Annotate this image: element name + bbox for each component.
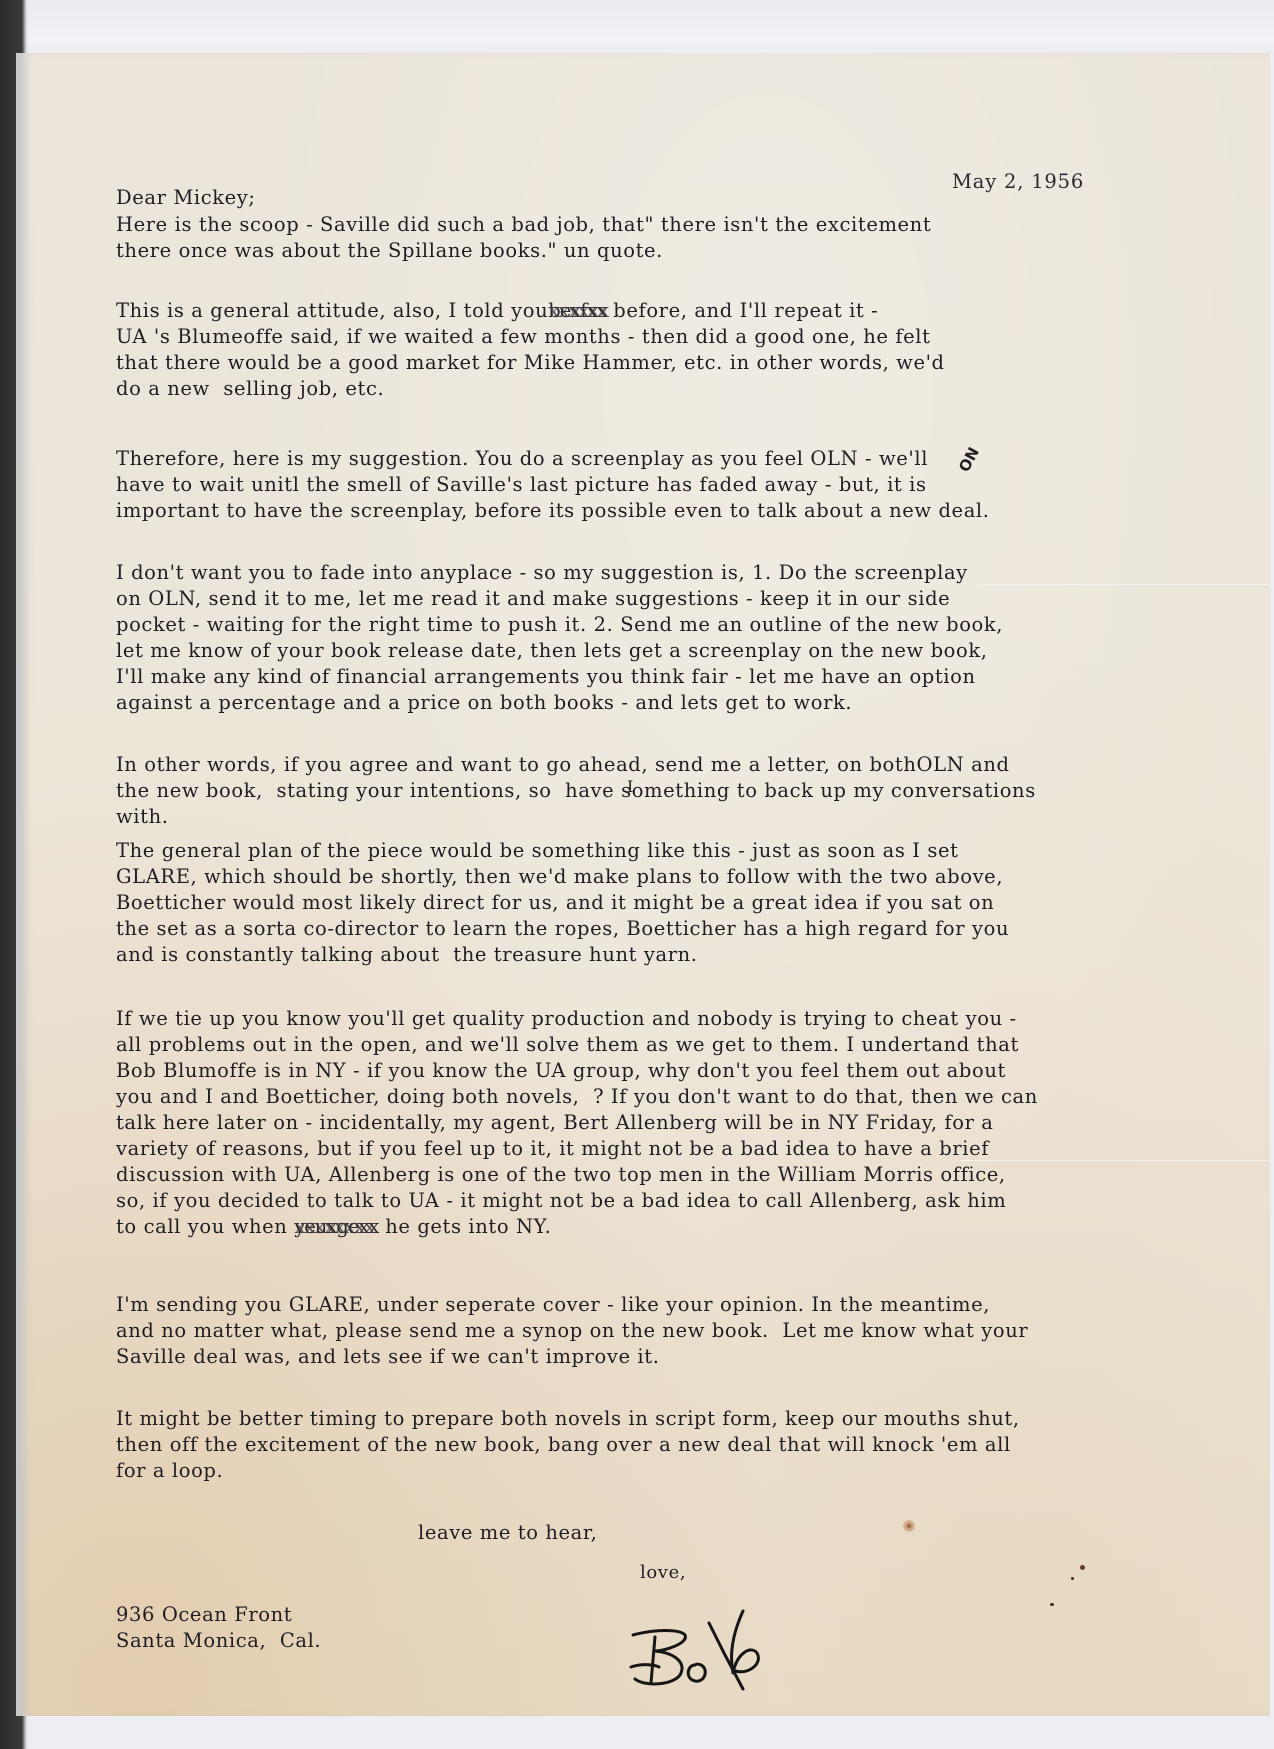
body-line: that there would be a good market for Mi… (116, 350, 945, 376)
body-line: I'll make any kind of financial arrangem… (116, 664, 976, 690)
body-line: Saville deal was, and lets see if we can… (116, 1344, 660, 1370)
body-line: I'm sending you GLARE, under seperate co… (116, 1292, 990, 1318)
address-line-1: 936 Ocean Front (116, 1602, 292, 1628)
body-line: against a percentage and a price on both… (116, 690, 852, 716)
body-line: GLARE, which should be shortly, then we'… (116, 864, 1003, 890)
body-line: to call you when yeuxgexxxxxxxxxx he get… (116, 1214, 551, 1240)
body-line: Therefore, here is my suggestion. You do… (116, 446, 928, 472)
body-line: talk here later on - incidentally, my ag… (116, 1110, 994, 1136)
handwritten-insertion: I (627, 777, 633, 796)
body-line: the new book, stating your intentions, s… (116, 778, 1036, 804)
body-line: all problems out in the open, and we'll … (116, 1032, 1019, 1058)
body-line: on OLN, send it to me, let me read it an… (116, 586, 950, 612)
body-line: important to have the screenplay, before… (116, 498, 990, 524)
body-line: for a loop. (116, 1458, 223, 1484)
body-line: there once was about the Spillane books.… (116, 238, 663, 264)
body-line: with. (116, 804, 169, 830)
body-text: This is a general attitude, also, I told… (116, 299, 548, 322)
body-line: then off the excitement of the new book,… (116, 1432, 1011, 1458)
body-line: Bob Blumoffe is in NY - if you know the … (116, 1058, 1006, 1084)
body-line: This is a general attitude, also, I told… (116, 298, 878, 324)
body-line: It might be better timing to prepare bot… (116, 1406, 1020, 1432)
body-line: let me know of your book release date, t… (116, 638, 988, 664)
salutation: Dear Mickey; (116, 185, 256, 211)
body-line: do a new selling job, etc. (116, 376, 384, 402)
body-line: the set as a sorta co-director to learn … (116, 916, 1009, 942)
body-text: before, and I'll repeat it - (606, 299, 878, 322)
signature-bob (625, 1593, 785, 1703)
body-line: The general plan of the piece would be s… (116, 838, 959, 864)
body-line: I don't want you to fade into anyplace -… (116, 560, 968, 586)
body-line: UA 's Blumeoffe said, if we waited a few… (116, 324, 931, 350)
closing: love, (640, 1560, 686, 1586)
body-line: Here is the scoop - Saville did such a b… (116, 212, 931, 238)
body-line: In other words, if you agree and want to… (116, 752, 1010, 778)
body-line: have to wait unitl the smell of Saville'… (116, 472, 927, 498)
body-line: If we tie up you know you'll get quality… (116, 1006, 1017, 1032)
struck-out-text: yeuxgexxxxxxxxxx (294, 1214, 378, 1240)
body-line: so, if you decided to talk to UA - it mi… (116, 1188, 1006, 1214)
letter-body: Dear Mickey; Here is the scoop - Saville… (116, 0, 1216, 1749)
body-text: to call you when (116, 1215, 287, 1238)
closing-line: leave me to hear, (418, 1520, 597, 1546)
body-line: and is constantly talking about the trea… (116, 942, 698, 968)
body-line: variety of reasons, but if you feel up t… (116, 1136, 989, 1162)
body-line: Boetticher would most likely direct for … (116, 890, 994, 916)
body-text: he gets into NY. (378, 1215, 551, 1238)
body-line: pocket - waiting for the right time to p… (116, 612, 1003, 638)
struck-out-text: bexfxxxxxxxx (548, 298, 606, 324)
paper-edge-shadow (16, 53, 30, 1716)
body-line: discussion with UA, Allenberg is one of … (116, 1162, 1006, 1188)
body-line: you and I and Boetticher, doing both nov… (116, 1084, 1038, 1110)
body-line: and no matter what, please send me a syn… (116, 1318, 1028, 1344)
address-line-2: Santa Monica, Cal. (116, 1628, 321, 1654)
